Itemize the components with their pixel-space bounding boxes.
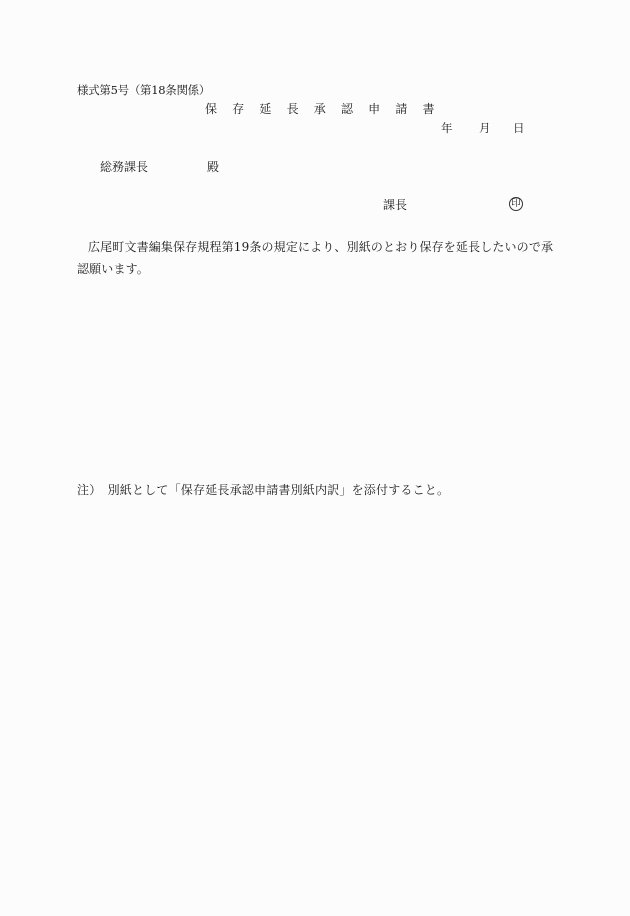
footnote: 注） 別紙として「保存延長承認申請書別紙内訳」を添付すること。 bbox=[77, 484, 449, 496]
document-title: 保 存 延 長 承 認 申 請 書 bbox=[205, 103, 450, 115]
date-day-label: 日 bbox=[513, 123, 525, 135]
title-char: 書 bbox=[423, 103, 450, 115]
title-char: 延 bbox=[259, 103, 286, 115]
body-paragraph: 広尾町文書編集保存規程第19条の規定により、別紙のとおり保存を延長したいので承認… bbox=[77, 236, 557, 280]
title-char: 保 bbox=[205, 103, 232, 115]
title-char: 請 bbox=[395, 103, 422, 115]
form-number: 様式第5号（第18条関係） bbox=[77, 85, 210, 97]
date-month-label: 月 bbox=[479, 123, 491, 135]
title-char: 存 bbox=[232, 103, 259, 115]
title-char: 承 bbox=[314, 103, 341, 115]
date-year-label: 年 bbox=[441, 123, 453, 135]
addressee-name: 総務課長 bbox=[100, 161, 148, 173]
applicant-title: 課長 bbox=[383, 199, 407, 211]
title-char: 申 bbox=[368, 103, 395, 115]
seal-icon: 印 bbox=[509, 197, 523, 211]
title-char: 長 bbox=[287, 103, 314, 115]
title-char: 認 bbox=[341, 103, 368, 115]
addressee-honorific: 殿 bbox=[207, 161, 219, 173]
